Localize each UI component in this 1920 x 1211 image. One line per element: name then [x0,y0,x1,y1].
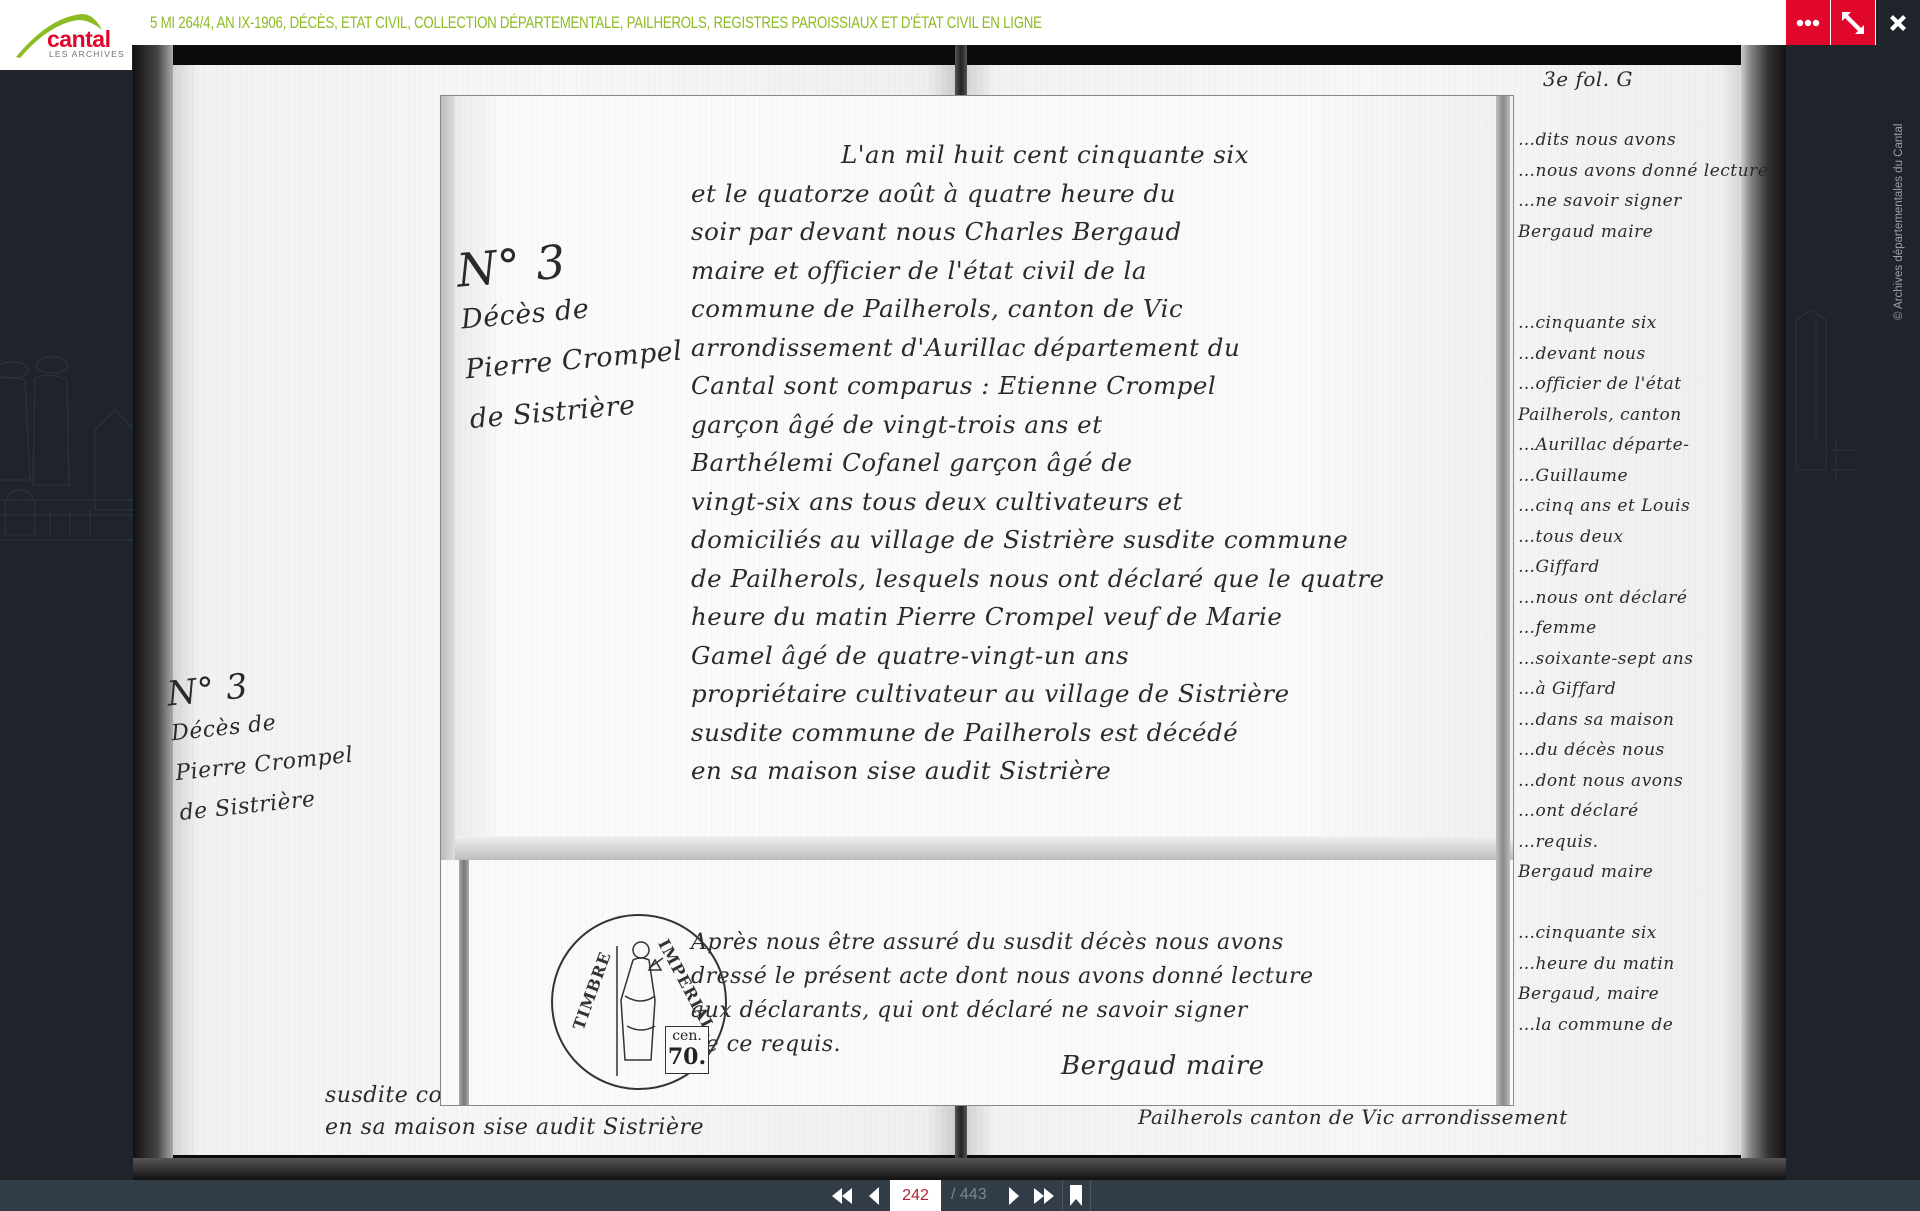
magnifier-inset[interactable]: N° 3 Décès de Pierre Crompel de Sistrièr… [441,96,1513,1105]
logo-subtitle: LES ARCHIVES [49,50,125,59]
page-folio-marker: 3e fol. G [1543,67,1633,91]
chevron-left-icon [868,1186,880,1206]
first-page-button[interactable] [828,1180,856,1211]
cantal-archives-logo[interactable]: cantal LES ARCHIVES [0,0,132,70]
archive-viewer: 5 MI 264/4, AN IX-1906, DÉCÈS, ETAT CIVI… [0,0,1920,1211]
stamp-value-box: cen. 70. [665,1026,709,1074]
document-title: 5 MI 264/4, AN IX-1906, DÉCÈS, ETAT CIVI… [150,13,1042,33]
document-image-viewer[interactable]: N° 3 Décès de Pierre Crompel de Sistrièr… [133,45,1786,1180]
book-edge-left [133,45,173,1180]
pager-bar: / 443 [0,1180,1920,1211]
background-engraving [0,300,135,550]
header-bar: 5 MI 264/4, AN IX-1906, DÉCÈS, ETAT CIVI… [0,0,1920,45]
copyright-credit: © Archives départementales du Cantal [1893,124,1905,320]
bookmark-button[interactable] [1064,1180,1088,1211]
expand-arrows-icon [1840,10,1866,36]
last-page-button[interactable] [1030,1180,1058,1211]
book-edge-bottom [133,1158,1786,1180]
mayor-signature: Bergaud maire [1061,1051,1265,1081]
more-options-button[interactable] [1786,0,1830,45]
bookmark-icon [1070,1185,1082,1206]
previous-page-button[interactable] [862,1180,886,1211]
chevron-right-icon [1008,1186,1020,1206]
inset-entry-body: L'an mil huit cent cinquante six et le q… [691,136,1385,791]
ellipsis-icon [1796,19,1820,27]
close-button[interactable] [1876,0,1920,45]
imperial-tax-stamp: TIMBRE IMPERIAL. cen. 70. [551,914,727,1090]
next-page-button[interactable] [1002,1180,1026,1211]
inset-closing-text: Après nous être assuré du susdit décès n… [691,926,1314,1062]
logo-wordmark: cantal [47,28,110,51]
background-engraving-right [1786,300,1856,520]
page-total: / 443 [951,1186,987,1204]
left-page-margin-note: N° 3 Décès de Pierre Crompel de Sistrièr… [165,656,359,834]
double-chevron-left-icon [830,1187,854,1205]
right-page-bottom-line: Pailherols canton de Vic arrondissement [1138,1105,1568,1129]
close-icon [1887,12,1909,34]
right-page-text: …dits nous avons …nous avons donné lectu… [1518,125,1768,1040]
inset-margin-note: N° 3 Décès de Pierre Crompel de Sistrièr… [455,227,689,445]
current-page-input[interactable] [890,1180,941,1211]
justice-figure-icon [611,936,667,1076]
fullscreen-button[interactable] [1831,0,1875,45]
double-chevron-right-icon [1032,1187,1056,1205]
